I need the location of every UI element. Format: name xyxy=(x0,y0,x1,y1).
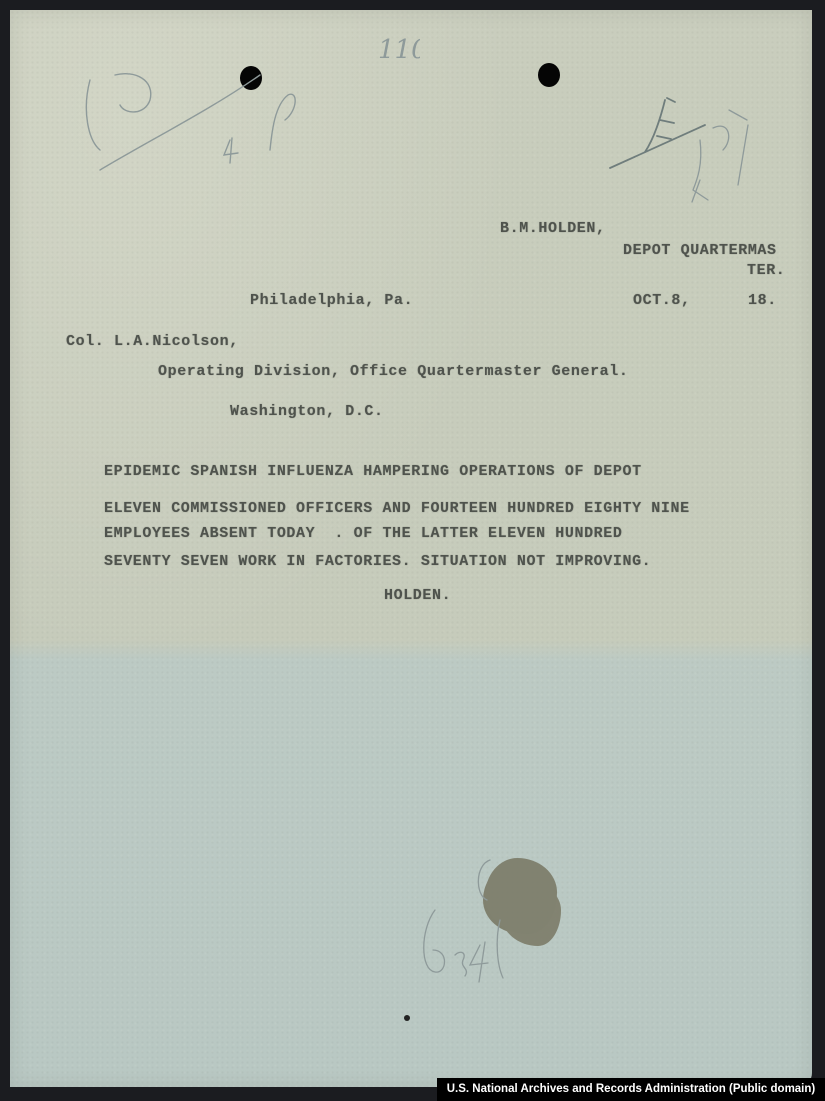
handwritten-initials-top-right xyxy=(605,80,775,210)
recipient-city: Washington, D.C. xyxy=(230,403,384,420)
recipient-name: Col. L.A.Nicolson, xyxy=(66,333,239,350)
image-credit: U.S. National Archives and Records Admin… xyxy=(437,1078,825,1101)
place: Philadelphia, Pa. xyxy=(250,292,413,309)
handwritten-file-number xyxy=(415,850,545,990)
body-line-2: ELEVEN COMMISSIONED OFFICERS AND FOURTEE… xyxy=(104,500,690,517)
punch-hole-right xyxy=(538,63,560,87)
signature: HOLDEN. xyxy=(384,587,451,604)
sender-name: B.M.HOLDEN, xyxy=(500,220,606,237)
document-page: 110 B.M.HOLDEN, DEPOT QUARTERMAS TER. Ph… xyxy=(10,10,812,1087)
body-line-4: SEVENTY SEVEN WORK IN FACTORIES. SITUATI… xyxy=(104,553,651,570)
archive-number: 110 xyxy=(378,35,420,65)
small-mark xyxy=(404,1015,410,1021)
body-line-3: EMPLOYEES ABSENT TODAY . OF THE LATTER E… xyxy=(104,525,622,542)
sender-title-line1: DEPOT QUARTERMAS xyxy=(623,242,777,259)
handwritten-marks-top-left: 110 xyxy=(60,20,420,190)
sender-title-line2: TER. xyxy=(747,262,785,279)
date: OCT.8, xyxy=(633,292,691,309)
recipient-office: Operating Division, Office Quartermaster… xyxy=(158,363,628,380)
year: 18. xyxy=(748,292,777,309)
body-line-1: EPIDEMIC SPANISH INFLUENZA HAMPERING OPE… xyxy=(104,463,642,480)
